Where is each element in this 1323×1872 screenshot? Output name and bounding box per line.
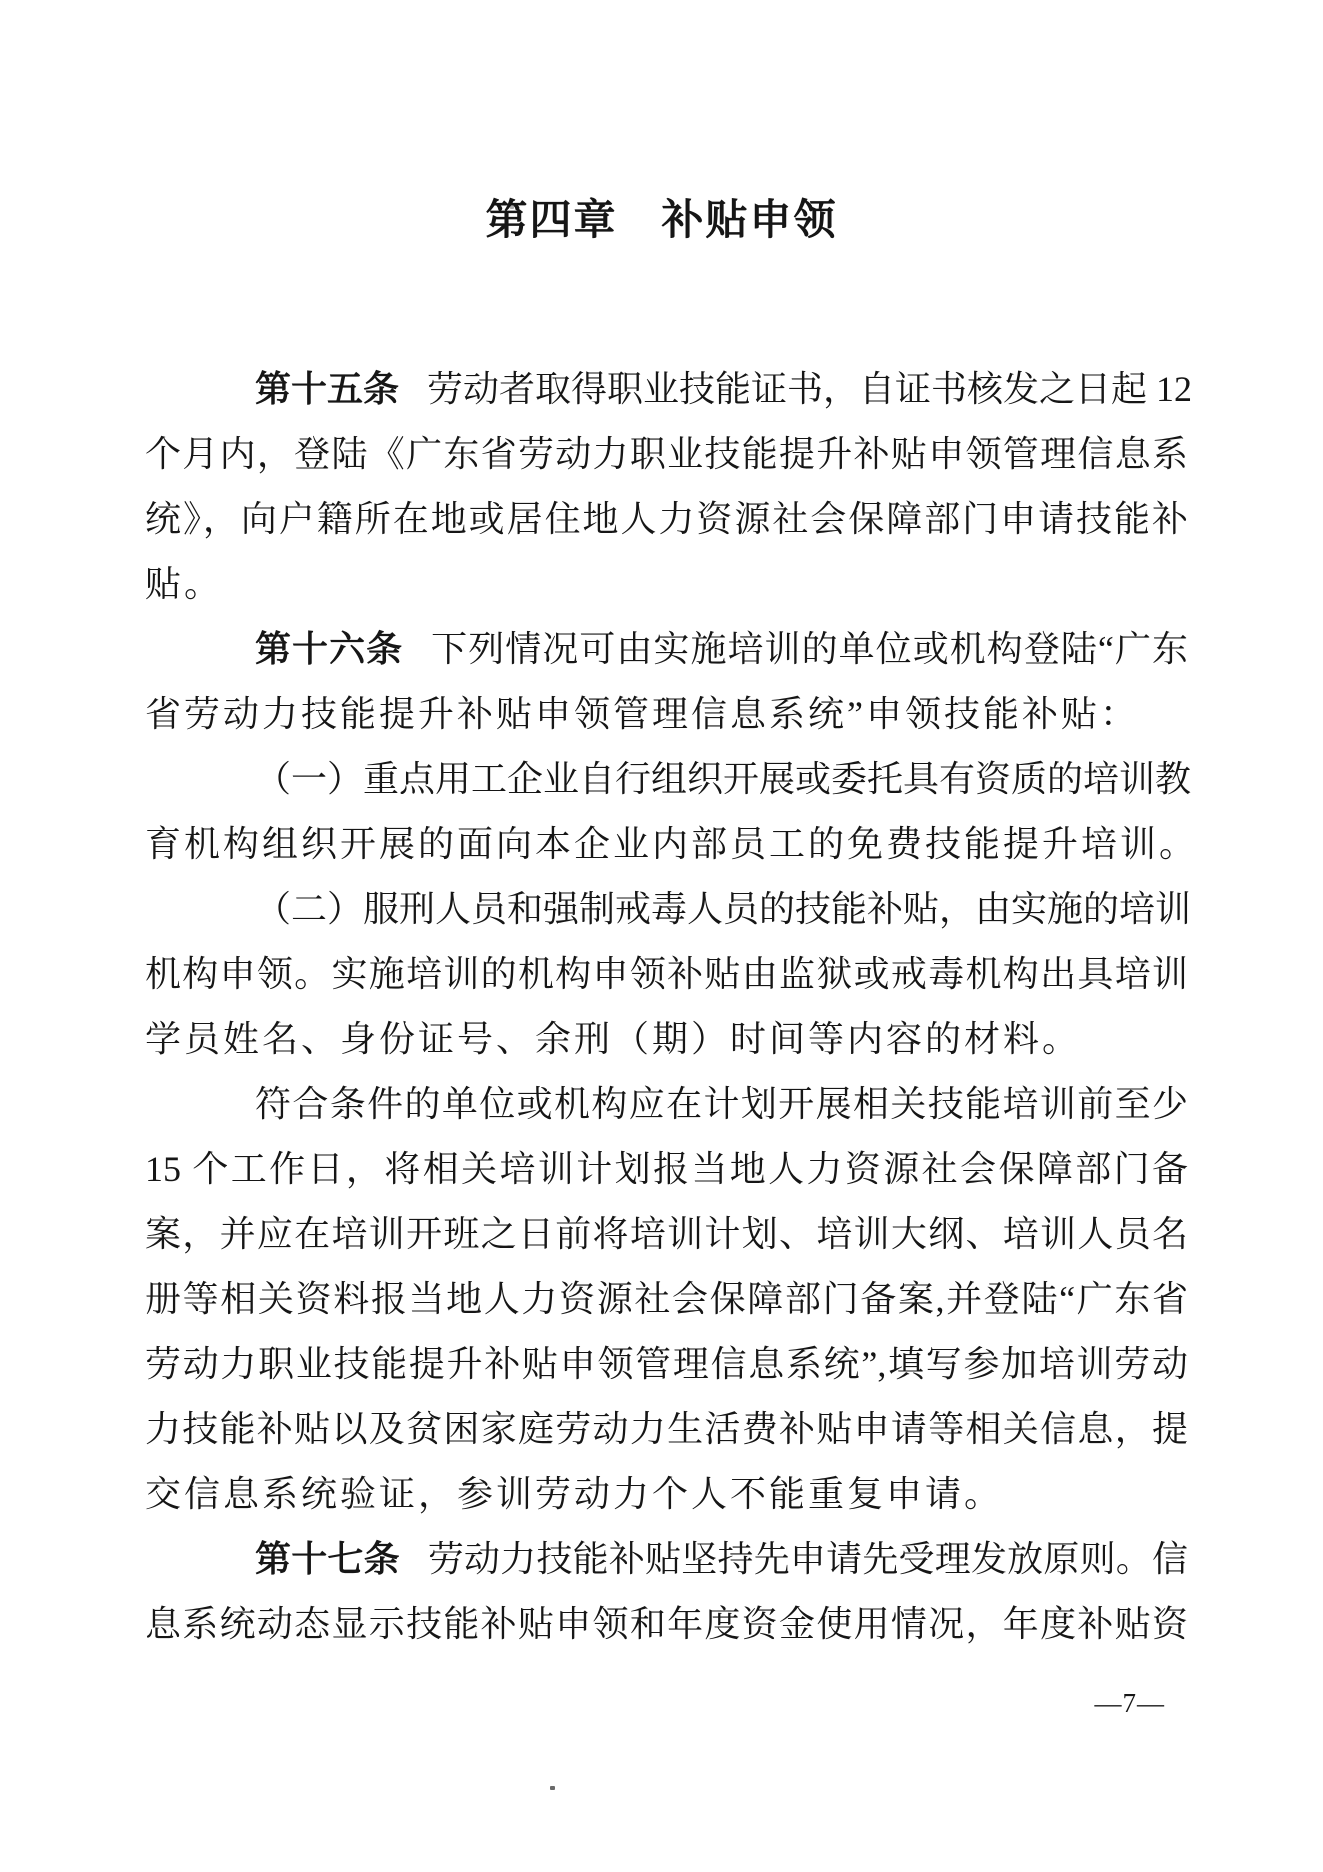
page-number: —7— bbox=[1095, 1688, 1166, 1719]
scan-speck bbox=[550, 1786, 555, 1790]
paragraph: （一）重点用工企业自行组织开展或委托具有资质的培训教育机构组织开展的面向本企业内… bbox=[145, 747, 1188, 877]
text-line: 案，并应在培训开班之日前将培训计划、培训大纲、培训人员名 bbox=[145, 1202, 1188, 1267]
text-line: 劳动力职业技能提升补贴申领管理信息系统”,填写参加培训劳动 bbox=[145, 1332, 1188, 1397]
paragraph: 第十七条劳动力技能补贴坚持先申请先受理发放原则。信息系统动态显示技能补贴申领和年… bbox=[145, 1527, 1188, 1657]
text-line: 第十六条下列情况可由实施培训的单位或机构登陆“广东 bbox=[145, 617, 1188, 682]
text-line: 省劳动力技能提升补贴申领管理信息系统”申领技能补贴： bbox=[145, 682, 1188, 747]
paragraph: 第十六条下列情况可由实施培训的单位或机构登陆“广东省劳动力技能提升补贴申领管理信… bbox=[145, 617, 1188, 747]
text-line: （一）重点用工企业自行组织开展或委托具有资质的培训教 bbox=[145, 747, 1188, 812]
text-line: 第十七条劳动力技能补贴坚持先申请先受理发放原则。信 bbox=[145, 1527, 1188, 1592]
paragraph: （二）服刑人员和强制戒毒人员的技能补贴，由实施的培训机构申领。实施培训的机构申领… bbox=[145, 877, 1188, 1072]
text-line: （二）服刑人员和强制戒毒人员的技能补贴，由实施的培训 bbox=[145, 877, 1188, 942]
paragraph: 第十五条劳动者取得职业技能证书，自证书核发之日起 12个月内，登陆《广东省劳动力… bbox=[145, 357, 1188, 617]
text-line: 交信息系统验证，参训劳动力个人不能重复申请。 bbox=[145, 1462, 1188, 1527]
text-line: 统》，向户籍所在地或居住地人力资源社会保障部门申请技能补 bbox=[145, 487, 1188, 552]
text-line: 15 个工作日，将相关培训计划报当地人力资源社会保障部门备 bbox=[145, 1137, 1188, 1202]
chapter-title: 第四章 补贴申领 bbox=[0, 196, 1323, 246]
text-line: 机构申领。实施培训的机构申领补贴由监狱或戒毒机构出具培训 bbox=[145, 942, 1188, 1007]
article-number: 第十七条 bbox=[255, 1539, 400, 1579]
document-page: 第四章 补贴申领 第十五条劳动者取得职业技能证书，自证书核发之日起 12个月内，… bbox=[0, 0, 1323, 1872]
text-line: 学员姓名、身份证号、余刑（期）时间等内容的材料。 bbox=[145, 1007, 1188, 1072]
text-line: 育机构组织开展的面向本企业内部员工的免费技能提升培训。 bbox=[145, 812, 1188, 877]
text-line: 符合条件的单位或机构应在计划开展相关技能培训前至少 bbox=[145, 1072, 1188, 1137]
document-body: 第十五条劳动者取得职业技能证书，自证书核发之日起 12个月内，登陆《广东省劳动力… bbox=[145, 357, 1188, 1657]
text-line: 第十五条劳动者取得职业技能证书，自证书核发之日起 12 bbox=[145, 357, 1188, 422]
text-line: 个月内，登陆《广东省劳动力职业技能提升补贴申领管理信息系 bbox=[145, 422, 1188, 487]
text-line: 力技能补贴以及贫困家庭劳动力生活费补贴申请等相关信息，提 bbox=[145, 1397, 1188, 1462]
text-line: 贴。 bbox=[145, 552, 1188, 617]
paragraph: 符合条件的单位或机构应在计划开展相关技能培训前至少15 个工作日，将相关培训计划… bbox=[145, 1072, 1188, 1527]
article-number: 第十五条 bbox=[255, 369, 399, 409]
article-number: 第十六条 bbox=[255, 629, 403, 669]
text-line: 息系统动态显示技能补贴申领和年度资金使用情况，年度补贴资 bbox=[145, 1592, 1188, 1657]
text-line: 册等相关资料报当地人力资源社会保障部门备案,并登陆“广东省 bbox=[145, 1267, 1188, 1332]
